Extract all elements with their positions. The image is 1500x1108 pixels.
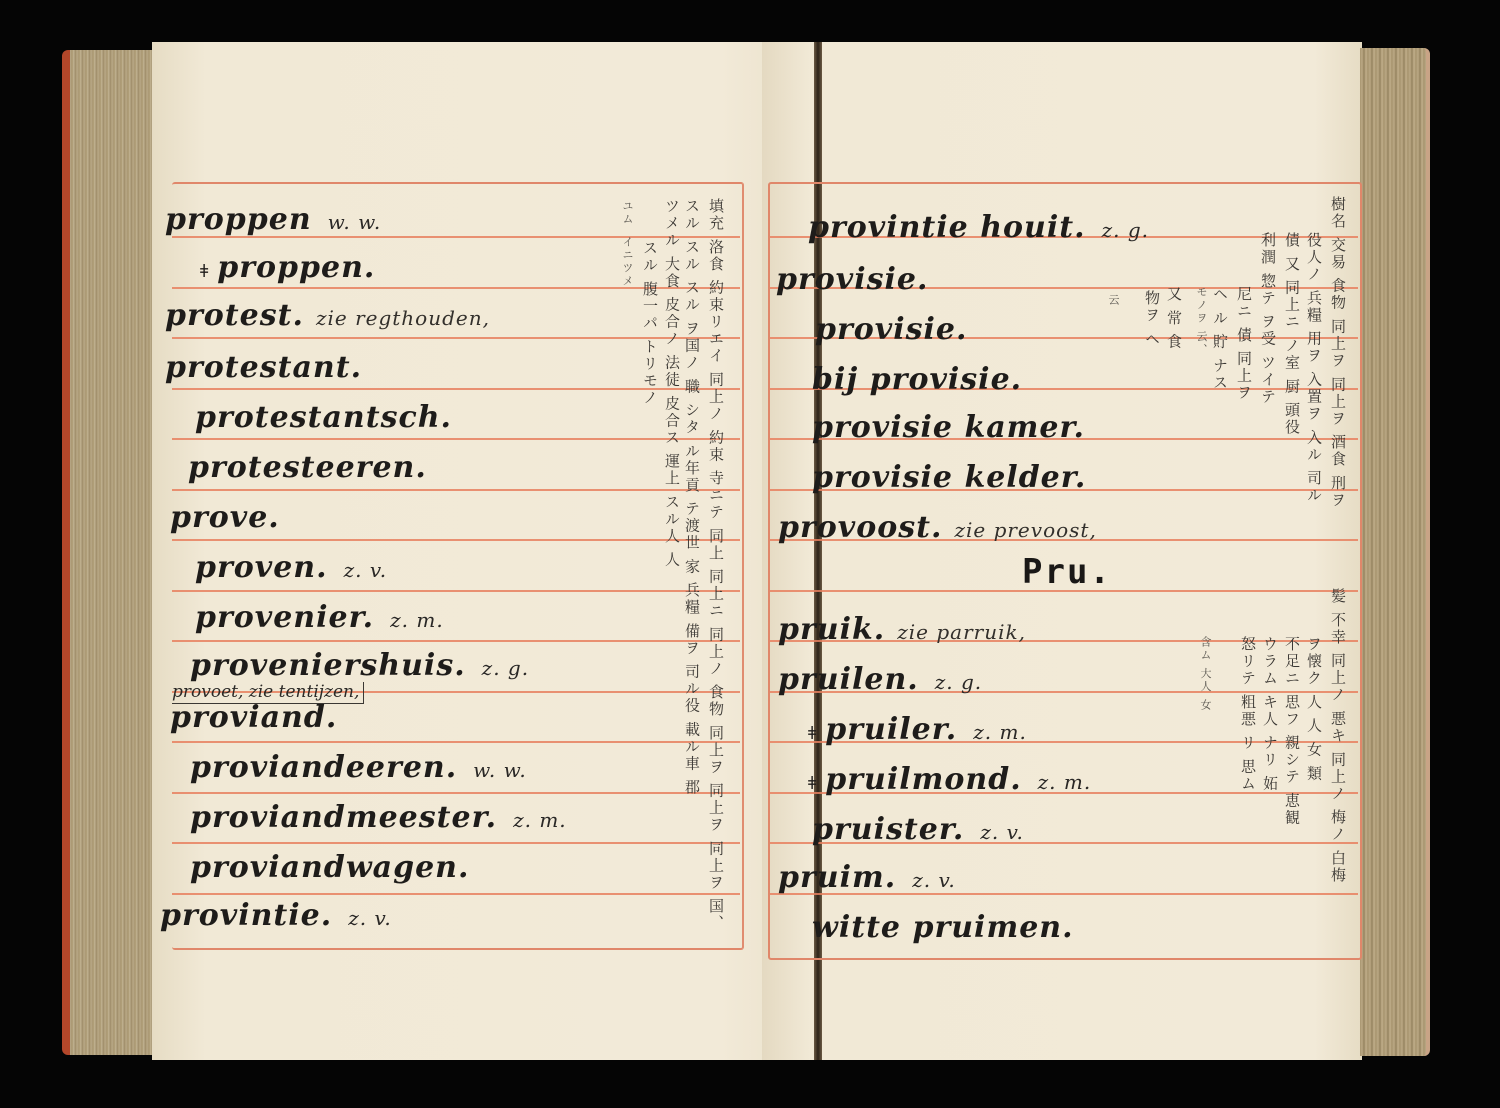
dict-entry: provisie. [815, 312, 967, 347]
entry-word: proviandmeester. [190, 800, 497, 835]
rule-line [172, 438, 740, 440]
dict-entry: provintie houit.z. g. [808, 210, 1149, 245]
dict-entry: ǂproppen. [200, 250, 375, 285]
entry-grammar: z. v. [348, 906, 392, 930]
rule-line [172, 792, 740, 794]
entry-word: pruik. [778, 612, 885, 647]
entry-grammar: z. m. [513, 808, 567, 832]
japanese-gloss-column: ツメル 大食 皮合ノ 法徒 皮合ス 運上 スル人 人 [664, 198, 679, 568]
entry-word: pruilen. [778, 662, 919, 697]
dict-entry: protest.zie regthouden, [165, 298, 490, 333]
entry-grammar: z. v. [980, 820, 1024, 844]
dict-entry: provenier.z. m. [195, 600, 444, 635]
japanese-gloss-column: イニツメ [622, 236, 633, 288]
dict-entry: proviandwagen. [190, 850, 469, 885]
entry-word: proviandwagen. [190, 850, 469, 885]
entry-word: proppen [165, 202, 312, 237]
japanese-gloss-column: スル スル スル ヲ国ノ 職 シタ ル年貢 テ渡世 家 兵糧 備ヲ 司ル役 載ル… [684, 198, 699, 796]
entry-cross-reference: zie regthouden, [316, 306, 490, 330]
japanese-gloss-column: 髪 不幸 同上ノ 悪キ 同上ノ 梅ノ 白梅 [1330, 588, 1345, 884]
japanese-gloss-column: 債 又 同上ニ ノ室 厨 頭役 [1284, 232, 1299, 436]
dict-entry: proviand. [170, 700, 337, 735]
dict-entry: provisie. [776, 262, 928, 297]
dict-entry: proppenw. w. [165, 202, 381, 237]
entry-grammar: z. m. [973, 720, 1027, 744]
entry-grammar: z. v. [344, 558, 388, 582]
rule-line [172, 842, 740, 844]
entry-word: pruister. [812, 812, 964, 847]
entry-word: provisie. [815, 312, 967, 347]
entry-word: proviandeeren. [190, 750, 457, 785]
entry-grammar: z. v. [912, 868, 956, 892]
japanese-gloss-column: 含ム 大人 女 [1200, 636, 1211, 712]
rule-line [172, 893, 740, 895]
japanese-gloss-column: モノヲ 云、 [1196, 286, 1207, 357]
rule-line [172, 590, 740, 592]
japanese-gloss-column: 不足ニ 思フ 親シテ 恵観 [1284, 636, 1299, 826]
japanese-gloss-column: 又 常 食 [1166, 286, 1181, 351]
dagger-mark-icon: ǂ [808, 723, 817, 744]
japanese-gloss-column: 尼ニ 債 同上ヲ [1236, 286, 1251, 402]
entry-word: proveniershuis. [190, 648, 466, 683]
entry-word: provenier. [195, 600, 374, 635]
entry-grammar: z. m. [1038, 770, 1092, 794]
entry-word: prove. [170, 500, 280, 535]
entry-word: provisie kelder. [812, 460, 1086, 495]
dict-entry: protestantsch. [195, 400, 452, 435]
dict-entry: pruister.z. v. [812, 812, 1024, 847]
dict-entry: proven.z. v. [195, 550, 387, 585]
section-heading: Pru. [1022, 552, 1112, 592]
entry-grammar: z. m. [390, 608, 444, 632]
dagger-mark-icon: ǂ [808, 773, 817, 794]
entry-word: protest. [165, 298, 304, 333]
entry-grammar: z. g. [482, 656, 529, 680]
japanese-gloss-column: スル 腹一パ トリモノ [642, 240, 657, 407]
japanese-gloss-column: ウラム キ人 ナリ 妬 [1262, 636, 1277, 792]
entry-grammar: w. w. [328, 210, 382, 234]
entry-word: protestant. [165, 350, 362, 385]
dict-entry: protesteeren. [188, 450, 427, 485]
entry-word: provisie kamer. [812, 410, 1085, 445]
entry-word: provoost. [778, 510, 942, 545]
entry-grammar: z. g. [935, 670, 982, 694]
dict-entry: ǂpruiler.z. m. [808, 712, 1027, 747]
left-page-edges [62, 50, 160, 1055]
entry-word: pruiler. [825, 712, 957, 747]
entry-word: protesteeren. [188, 450, 427, 485]
entry-word: witte pruimen. [812, 910, 1074, 945]
dict-entry: provisie kelder. [812, 460, 1086, 495]
dict-entry: pruilen.z. g. [778, 662, 982, 697]
japanese-gloss-column: 云 [1108, 294, 1119, 307]
japanese-gloss-column: 物ヲ ヘ [1144, 290, 1159, 348]
entry-word: provisie. [776, 262, 928, 297]
entry-word: proven. [195, 550, 328, 585]
dict-entry: witte pruimen. [812, 910, 1074, 945]
entry-word: pruilmond. [825, 762, 1021, 797]
rule-line [172, 539, 740, 541]
entry-word: provintie. [160, 898, 332, 933]
japanese-gloss-column: ヘ ル 貯 ナス [1212, 286, 1227, 391]
dict-entry: pruim.z. v. [778, 860, 956, 895]
entry-grammar: w. w. [473, 758, 527, 782]
japanese-gloss-column: 怒リテ 粗悪 リ 思ム [1240, 636, 1255, 792]
dict-entry: proviandeeren.w. w. [190, 750, 527, 785]
entry-cross-reference: zie parruik, [897, 620, 1026, 644]
entry-word: proviand. [170, 700, 337, 735]
entry-grammar: z. g. [1102, 218, 1149, 242]
entry-word: proppen. [217, 250, 375, 285]
japanese-gloss-column: 填充 洛食 約束リエイ 同上ノ 約束 寺ニテ 同上 同上ニ 同上ノ 食物 同上ヲ… [708, 198, 723, 932]
rule-line [172, 489, 740, 491]
entry-word: provintie houit. [808, 210, 1086, 245]
dict-entry: proveniershuis.z. g. [190, 648, 529, 683]
dict-entry: ǂpruilmond.z. m. [808, 762, 1091, 797]
rule-line [172, 741, 740, 743]
entry-word: pruim. [778, 860, 896, 895]
entry-cross-reference: zie prevoost, [954, 518, 1096, 542]
dict-entry: provisie kamer. [812, 410, 1085, 445]
dict-entry: protestant. [165, 350, 362, 385]
dict-entry: provintie.z. v. [160, 898, 392, 933]
dict-entry: prove. [170, 500, 280, 535]
dict-entry: proviandmeester.z. m. [190, 800, 567, 835]
japanese-gloss-column: 利潤 惣テ ヲ受 ツイテ [1260, 232, 1275, 405]
japanese-gloss-column: ユム [622, 200, 633, 226]
dict-entry: provoost.zie prevoost, [778, 510, 1097, 545]
rule-line [172, 640, 740, 642]
dict-entry: bij provisie. [812, 362, 1022, 397]
japanese-gloss-column: 役人ノ 兵糧 用ヲ 入置ヲ 入ル 司ル [1306, 232, 1321, 504]
dagger-mark-icon: ǂ [200, 261, 209, 282]
dict-entry: pruik.zie parruik, [778, 612, 1026, 647]
entry-word: protestantsch. [195, 400, 452, 435]
japanese-gloss-column: 樹名 交易 食物 同上ヲ 同上ヲ 酒食 刑ヲ [1330, 196, 1345, 509]
entry-word: bij provisie. [812, 362, 1022, 397]
right-page-edges [1360, 48, 1430, 1056]
japanese-gloss-column: ヲ懐ク 人 人 女 類 [1306, 636, 1321, 782]
